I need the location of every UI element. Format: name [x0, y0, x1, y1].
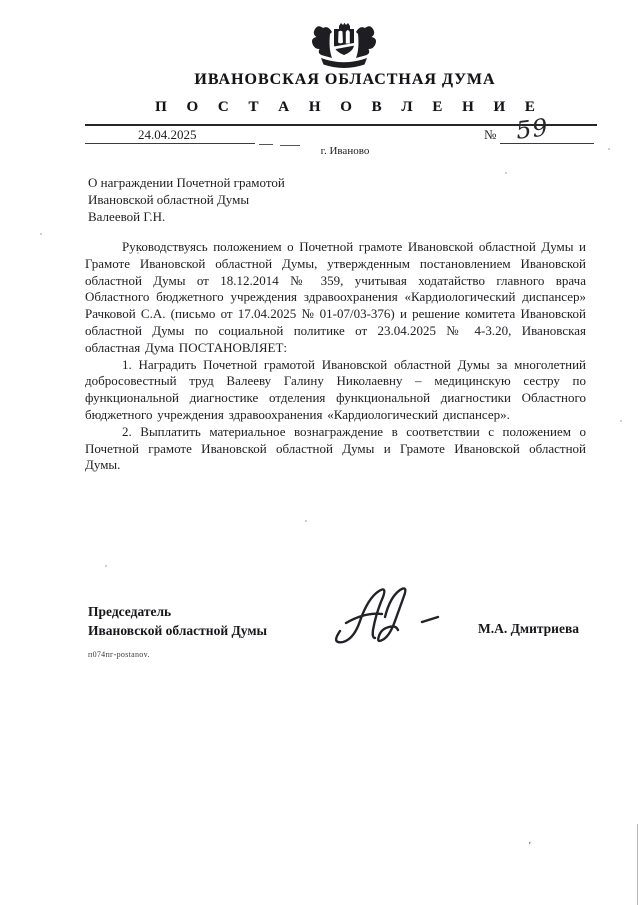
scan-speck: [137, 252, 139, 254]
subject-line: О награждении Почетной грамотой: [88, 174, 448, 191]
number-underline: [500, 143, 594, 144]
subject-line: Ивановской областной Думы: [88, 191, 448, 208]
doc-city: г. Иваново: [85, 145, 605, 157]
signer-name: М.А. Дмитриева: [478, 621, 598, 637]
handwritten-signature-icon: [330, 585, 450, 653]
subject-block: О награждении Почетной грамотой Ивановск…: [88, 174, 448, 225]
document-page: ИВАНОВСКАЯ ОБЛАСТНАЯ ДУМА П О С Т А Н О …: [0, 0, 640, 905]
body-text: Руководствуясь положением о Почетной гра…: [85, 239, 586, 474]
date-underline: [85, 143, 255, 144]
scan-speck: [608, 148, 610, 150]
doc-number-sign: №: [484, 127, 496, 143]
scan-speck: [505, 172, 507, 174]
scan-speck: [305, 520, 307, 522]
doc-date: 24.04.2025: [138, 127, 197, 143]
org-name: ИВАНОВСКАЯ ОБЛАСТНАЯ ДУМА: [85, 71, 605, 89]
coat-of-arms-icon: [308, 21, 380, 71]
paragraph-item-2: 2. Выплатить материальное вознаграждение…: [85, 424, 586, 474]
scan-speck: [620, 420, 622, 422]
scan-edge-line: [637, 824, 638, 905]
subject-line: Валеевой Г.Н.: [88, 208, 448, 225]
scan-speck: [40, 233, 42, 235]
signer-position-line: Председатель: [88, 602, 267, 621]
doc-number-handwritten: 59: [514, 113, 550, 145]
scan-stray-mark: ʹ: [527, 840, 532, 852]
paragraph-item-1: 1. Наградить Почетной грамотой Ивановско…: [85, 357, 586, 424]
signer-position-line: Ивановской областной Думы: [88, 621, 267, 640]
signer-position: Председатель Ивановской областной Думы: [88, 602, 267, 640]
scan-speck: [105, 565, 107, 567]
paragraph-preamble: Руководствуясь положением о Почетной гра…: [85, 239, 586, 357]
footer-file-code: п074пг-postanov.: [88, 650, 150, 659]
doc-type-title: П О С Т А Н О В Л Е Н И Е: [85, 99, 605, 116]
